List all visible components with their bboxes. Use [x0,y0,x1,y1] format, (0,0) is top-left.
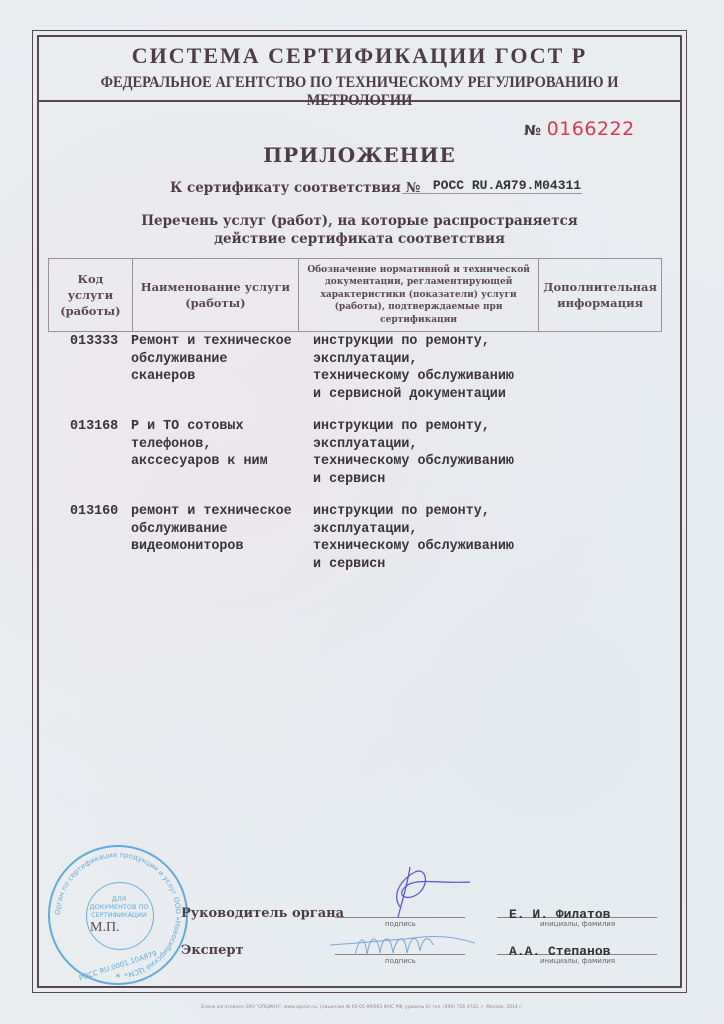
service-name: Ремонт и техническоеобслуживаниесканеров [131,333,292,386]
seal-place-label: М.П. [90,920,120,936]
expert-name-caption: инициалы, фамилия [540,957,615,965]
certificate-number: РОСС RU.АЯ79.М04311 [402,178,582,194]
column-header-documentation: Обозначение нормативной и технической до… [298,259,538,332]
services-table-header: Код услуги (работы) Наименование услуги … [48,258,662,332]
list-title-line1: Перечень услуг (работ), на которые распр… [37,212,682,230]
column-header-additional-info: Дополнительная информация [539,259,662,332]
number-sign: № [524,123,541,139]
certificate-label: К сертификату соответствия № [170,180,420,196]
expert-label: Эксперт [181,943,244,958]
column-header-code: Код услуги (работы) [49,259,133,332]
printer-footer: Бланк изготовлен ЗАО "ОПЦИОН", www.opcio… [0,1005,724,1010]
head-signature-icon [370,862,480,922]
service-documentation: инструкции по ремонту,эксплуатации,техни… [313,503,514,573]
service-code: 013333 [70,333,118,351]
head-of-body-label: Руководитель органа [181,906,344,921]
appendix-title: ПРИЛОЖЕНИЕ [37,143,682,167]
svg-text:*: * [116,973,121,983]
service-name: ремонт и техническоеобслуживаниевидеомон… [131,503,292,556]
svg-text:Орган по сертификации продукци: Орган по сертификации продукции и услуг … [54,851,182,979]
blank-number-value: 0166222 [547,118,635,140]
service-documentation: инструкции по ремонту,эксплуатации,техни… [313,333,514,403]
service-documentation: инструкции по ремонту,эксплуатации,техни… [313,418,514,488]
stamp-ring-text-icon: Орган по сертификации продукции и услуг … [48,845,188,985]
list-title-line2: действие сертификата соответствия [37,230,682,248]
agency-title: ФЕДЕРАЛЬНОЕ АГЕНТСТВО ПО ТЕХНИЧЕСКОМУ РЕ… [60,74,660,110]
head-name-caption: инициалы, фамилия [540,920,615,928]
service-code: 013160 [70,503,118,521]
expert-signature-icon [325,925,485,965]
service-code: 013168 [70,418,118,436]
blank-number: № 0166222 [524,118,635,140]
service-name: Р и ТО сотовыхтелефонов,акссесуаров к ни… [131,418,268,471]
column-header-name: Наименование услуги (работы) [132,259,298,332]
list-title: Перечень услуг (работ), на которые распр… [37,212,682,248]
system-title: СИСТЕМА СЕРТИФИКАЦИИ ГОСТ Р [37,43,682,69]
